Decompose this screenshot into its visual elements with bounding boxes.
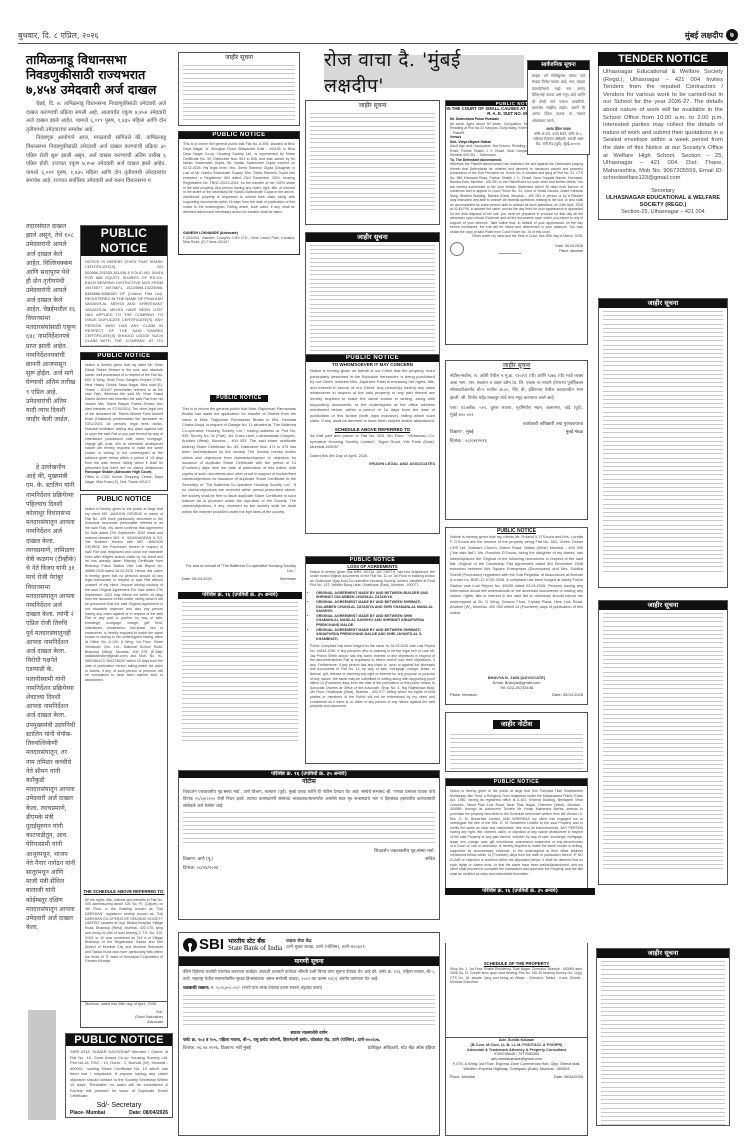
signatory-role: कार्यकारी अधिकारी तथा पुणवरायाचा [446,422,587,430]
notice-body-text [306,242,439,369]
notice-footer: ठिकाण : मुंबई मुंबई मंडळ [446,430,587,439]
notice-body-text [178,599,302,747]
jahir-suchana-1: जाहीर सूचना [178,52,300,126]
jahir-suchana-col6-2: जाहीर सूचना [598,600,728,885]
notice-body: This is to inform the general public tha… [179,139,299,231]
notice-body-text [179,812,439,849]
place: ठिकाण : मुंबई [450,430,474,436]
parishishta-notice-3: परिशिष्ट क्र. १६ (उपविधी क्र. ३५ अन्वये) [445,888,595,943]
court-seal-row: Date: 06.04.2026 Place: Mumbai [446,242,587,256]
jansion-signoff: Mumbai, dated this 08th day of April, 20… [80,1002,168,1028]
notice-title: जाहीर सूचना [597,949,729,958]
branch-address: ठाणे मुख्य शाखा, ठाणे (पश्चिम), ठाणे-४००… [286,945,366,951]
firm-sign: VRUDHI LEGAL AND ASSOCIATES [306,461,439,468]
address: F-075, A-Wing, 1st Floor, Express Zone C… [450,1062,583,1072]
firm-name: VRUDHI LEGAL AND ASSOCIATES [369,461,435,466]
notice-title: सार्वजनिक सूचना [528,61,589,70]
notice-body-text [446,731,587,772]
notice-body: नोटीस-सर्वांना, रा. अंधेरी येथील न.भू.क्… [446,370,587,405]
place: ठिकाण: ठाणे (पू.) [183,857,214,863]
schedule-body: All the rights, title, interest and bene… [81,895,167,975]
registrar-signature [499,244,521,254]
org: मुंबई मंडळ [566,430,583,436]
jahir-suchana-col6-3: जाहीर सूचना [596,948,730,1126]
defendant-name: Smt. Vidya Nayant Gaikar [450,140,491,144]
parishishta-notice-1: परिशिष्ट क्र. १६ (उपविधी क्र. ३५ अन्वये) [178,592,302,762]
advocate-block: BHAVYA N. JAIN (ADVOCATE) Email: Bhavya@… [446,675,587,692]
notice-title: PUBLIC NOTICE [446,528,587,535]
notice-body: NOTICE IS HEREBY GIVEN THAT SHARE CERTIF… [81,256,167,347]
notice-title: PUBLIC NOTICE [179,132,299,139]
jahir-suchana-2: जाहीर सूचना [305,100,440,225]
notice-body: माझ्या वर्ग मोबीकुमार यांच्या नावे माझ्य… [528,70,589,127]
lead-para-2: निवडणूक आयोगाने आज, मंगळवारी सांगितले की… [26,134,166,186]
page-masthead: बुधवार, दि. ८ एप्रिल, २०२६ मुंबई लक्षदीप… [18,32,738,44]
public-notice-jansion-george: PUBLIC NOTICE Notice is hereby given to … [80,494,168,1002]
list-item: ORIGINAL AGREEMENT MADE BY AND BETWEEN S… [316,614,435,628]
place: Place: Mumbai [450,692,476,698]
notice-title: PUBLIC NOTICE [81,495,167,504]
place: Place- Mumbai [70,1110,105,1116]
advocate-block: Adv. Sunita Kabade (B.Com, M.Com, LL.B, … [446,1038,587,1074]
signatory-name: Farooque Shaikh (Advocate High Court) [85,470,152,474]
notice-footer-date: दिनांक : ०८/०४/२०२६ [446,439,587,448]
notice-title: PUBLIC NOTICE [210,395,267,402]
organization-name: ULHASNAGAR EDUCATIONAL & WELFARE SOCIETY… [606,195,720,208]
notice-body-text [597,958,729,1126]
plaintiff-name: Mr. Swarchand Pukar Ruswale [450,117,499,121]
advocate-sign: Sd/- (Sunil Salunkhe) Advocate [81,1010,167,1026]
notice-title: मागणी सूचना [179,957,439,966]
date: Date: 08-04-2026 [182,576,212,580]
notice-footer: दिनांक: ०६.०४.२०२६, ठिकाण: नवी मुंबई प्र… [179,1046,439,1055]
notis-title: नोटीस [179,778,439,786]
notice-title: जाहीर सूचना [446,361,587,370]
public-notice-kachdhap: PUBLIC NOTICE SHRI ATUL KUMAR KACHDHAP M… [65,1033,173,1118]
given-under-hand: Given under my hand and the Seal of Cour… [450,234,583,239]
list-item: ORIGINAL AGREEMENT MADE BY AND BETWEEN B… [316,591,435,600]
bank-name-english: State Bank of India [228,945,282,952]
notice-body-text [179,62,299,126]
outstanding-amount: थकबाकी रक्कम: रु. ५,५५,७५८.००/- (रुपये प… [179,985,439,995]
summons-body: Whereas the Plaintiff abovenamed has ins… [450,162,583,234]
sbi-logo: SBI [183,936,224,953]
notice-footer: Place- Mumbai Date: 08/04/2026 [66,1110,172,1119]
notice-body-text [179,995,439,1032]
tel: Tel: 022-26733448 [450,685,583,690]
notice-address: पत्ता: घा.ब्लॉक. ५१९, दुसरा मजला, गृहनिर… [446,405,587,422]
amount-value: रु. ५,५५,७५८.००/- (रुपये पाच लाख पंचावन्… [211,985,323,990]
notice-title: परिशिष्ट क्र. १६ (उपविधी क्र. ३५ अन्वये) [445,888,595,895]
parshwa-signoff: Adv. Sunita Kabade (B.Com, M.Com, LL.B, … [445,1038,588,1136]
notice-title: PUBLIC NOTICE [81,353,167,360]
paper-name: मुंबई लक्षदीप [685,30,723,41]
tender-body: Ulhasnagar Educational & Welfare Society… [598,66,728,220]
promo-banner: रोज वाचा दै. 'मुंबई लक्षदीप' [324,55,524,88]
masthead-right: मुंबई लक्षदीप ७ [685,29,738,41]
signatory-address: F-002/004, Vasudev Complex CHS LTD., Nea… [183,236,295,245]
jahir-suchana-col6-1: जाहीर सूचना [598,298,728,588]
notice-title: PUBLIC NOTICE [81,226,167,256]
blank-ad-space [28,1010,56,1120]
list-item: ORIGINAL AGREEMENT MADE BY AND BETWEEN S… [316,600,435,614]
public-notice-khan: PUBLIC NOTICE Notice is hereby given tha… [80,352,168,491]
notice-signatory: GANESH LOKHANDE (Advocate) F-002/004, Va… [179,231,299,248]
place: Place: Mumbai [555,249,583,254]
notice-body: Ulhasnagar Educational & Welfare Society… [603,69,723,183]
public-notice-share-certificate: PUBLIC NOTICE NOTICE IS HEREBY GIVEN THA… [80,225,168,347]
signatory: Adv. Sunita Kabade [499,1038,534,1042]
tender-notice: TENDER NOTICE Ulhasnagar Educational & W… [598,52,728,220]
secretary-label: Secretary [603,188,723,195]
signatory-block: आनंद हिरेश पाठक फ्लॅट क्र.एल, पराग सदन, … [528,127,589,149]
advocate-role: Advocate [85,1020,163,1025]
parishishta-notice-2: परिशिष्ट क्र. १६ (उपविधी क्र. ३५ अन्वये)… [178,770,440,920]
notice-footer: Place: Mumbai Date: 08.04.2026 [446,692,587,701]
society-sign: शिवदर्शन एकत्रावलीय गृह.संस्था मर्या. [179,849,439,857]
lost-documents-list: ORIGINAL AGREEMENT MADE BY AND BETWEEN B… [306,591,439,642]
notice-dated: Mumbai, dated this 08th day of April, 20… [81,1002,167,1010]
schedule-title: THE SCHEDULE ABOVE REFERRED TO: [81,889,167,895]
notice-spacer [178,260,300,288]
notice-title: परिशिष्ट क्र. १६ (उपविधी क्र. ३५ अन्वये) [179,771,439,778]
notice-title: जाहीर सूचना [306,101,439,110]
sbi-demand-notice: SBI भारतीय स्टेट बँक State Bank of India… [178,932,440,1136]
address: फ्लॅट क्र.एल, पराग सदन, फ्लॅट क्र.८, तळे… [532,132,585,147]
notice-body: शिवदर्शन एकत्रावलीय गृह.संस्था मर्या., ठ… [179,786,439,812]
lead-story-column-2: हे उल्लेखनीय आहे की, मुख्यमंत्री एम. के.… [26,463,76,988]
notice-body: Notice is hereby given that my client Mr… [81,360,167,470]
lead-story-body: चेन्नई, दि. ७: तामिळनाडू विधानसभा निवडणु… [26,100,166,218]
notice-body: This is to inform the general public tha… [178,404,300,564]
branch-info: ग्राहक सेवा केंद्र ठाणे मुख्य शाखा, ठाणे… [286,939,366,950]
notice-body: Notice is hereby given to the public at … [81,504,167,889]
notice-title: जाहीर नोटीस [493,720,540,729]
notice-body: बँकेने दिलेल्या कर्जाची परतफेड करण्यात क… [179,966,439,985]
notice-title: परिशिष्ट क्र. १६ (उपविधी क्र. ३५ अन्वये) [178,592,302,599]
public-notice-whomsoever: PUBLIC NOTICE TO WHOMSOEVER IT MAY CONCE… [305,354,440,534]
notice-title: PUBLIC NOTICE [66,1034,172,1046]
addressee: To, The Defendant abovenamed, [450,158,502,162]
list-item: ORIGINAL AGREEMENT MADE BY AND BETWEEN S… [316,628,435,642]
notice-body: Notice is hereby given that my clients M… [446,535,587,675]
notice-footer: Date: 08-04-2026 Secretary [178,576,300,580]
notice-footer: ठिकाण: ठाणे (पू.) सचिव [179,857,439,866]
public-notice-gupta: PUBLIC NOTICE This is to inform the gene… [178,131,300,255]
jahir-notis: जाहीर नोटीस [445,712,588,772]
notice-title: PUBLIC NOTICE [306,355,439,362]
sarvajanik-suchana: सार्वजनिक सूचना माझ्या वर्ग मोबीकुमार या… [527,60,590,155]
sign: सचिव [425,857,435,863]
notice-body: SHRI ATUL KUMAR KACHDHAP Member / Owner … [66,1046,172,1102]
notice-footer: Place: Mumbai Date: 08/04/2026 [446,1074,587,1083]
date: दिनांक : ०८/०४/२०२६ [450,439,487,445]
organization-address: Section-25, Ulhasnagar – 421 004 [603,209,723,216]
sbi-bank-names: भारतीय स्टेट बँक State Bank of India [228,938,282,952]
public-notice-bhatia: PUBLIC NOTICE This is to inform the gene… [178,386,300,580]
place: Place: Mumbai [450,1074,475,1080]
signatory-address: Office A/ C/32, Kumar Shopping Centre, N… [85,475,163,485]
notice-title: जाहीर सूचना [599,601,727,610]
notice-title: जाहीर सूचना [306,233,439,242]
jahir-suchana-lajmi: जाहीर सूचना नोटीस-सर्वांना, रा. अंधेरी य… [445,360,588,520]
issue-date: बुधवार, दि. ८ एप्रिल, २०२६ [18,30,99,41]
date: Date: 08.04.2026 [552,692,583,698]
schedule-body: Shop No. 1, 1st Floor, Bhakti Residency,… [446,967,587,988]
notice-signatory: Farooque Shaikh (Advocate High Court) Of… [81,470,167,488]
versus: Versus [450,135,461,139]
page-number-badge: ७ [726,29,738,41]
schedule-body: All that part and parcel of Flat No. 503… [306,433,439,453]
notice-title: जाहीर सूचना [599,299,727,308]
signatory: आनंद हिरेश पाठक [546,127,571,131]
signatory-name: GANESH LOKHANDE (Advocate) [183,231,238,235]
notice-title: TENDER NOTICE [598,52,728,66]
public-notice-dsouza: PUBLIC NOTICE Notice is hereby given tha… [445,527,588,705]
notice-title: PUBLIC NOTICE [446,779,587,786]
notice-body-text [599,610,727,876]
on-behalf: For and on behalf of "The Ballerina Co-o… [178,564,300,576]
sbi-keyhole-icon [183,938,197,952]
date-place: दिनांक: ०६.०४.२०२६, ठिकाण: नवी मुंबई [183,1046,251,1052]
sbi-header: SBI भारतीय स्टेट बँक State Bank of India… [179,933,439,957]
notice-body: Notice is hereby given that MRS. HETAL J… [306,570,439,591]
notice-title: जाहीर सूचना [179,53,299,62]
public-notice-loss-of-agreements: PUBLIC NOTICE LOSS OF AGREEMENTS Notice … [305,556,440,764]
amount-label: थकबाकी रक्कम: [183,985,210,990]
date: दिनांक: ०८/०४/२०२६ [183,866,218,872]
court-seal-icon [450,242,464,256]
sbi-logo-text: SBI [199,936,224,953]
lead-story-column: तदारसंघात दाखल झाले असून, तेथे १०८ उमेदव… [26,222,76,462]
notice-body: Notice is hereby given on behalf of our … [306,368,439,427]
notice-dated: Dated this 8th Day of April, 2026. [306,453,439,462]
notice-body-text [306,110,439,217]
notice-body-2: Police Complaint has been lodged for the… [306,641,439,711]
date: Date: 08/04/2026 [554,1074,583,1080]
secretary-signature: Sd/- Secretary [66,1102,172,1110]
role: Secretary [280,576,296,580]
lead-headline: तामिळनाडू विधानसभा निवडणुकीसाठी राज्यभरा… [26,52,166,97]
notice-footer-date: दिनांक: ०८/०४/२०२६ [179,866,439,875]
notice-body-text [599,308,727,578]
authorized-officer: प्राधिकृत अधिकारी, स्टेट बँक ऑफ इंडिया [368,1046,435,1052]
date: Date: 08/04/2026 [129,1110,168,1116]
notice-title: PUBLIC NOTICE [306,557,439,564]
lead-para-1: चेन्नई, दि. ७: तामिळनाडू विधानसभा निवडणु… [26,100,166,134]
